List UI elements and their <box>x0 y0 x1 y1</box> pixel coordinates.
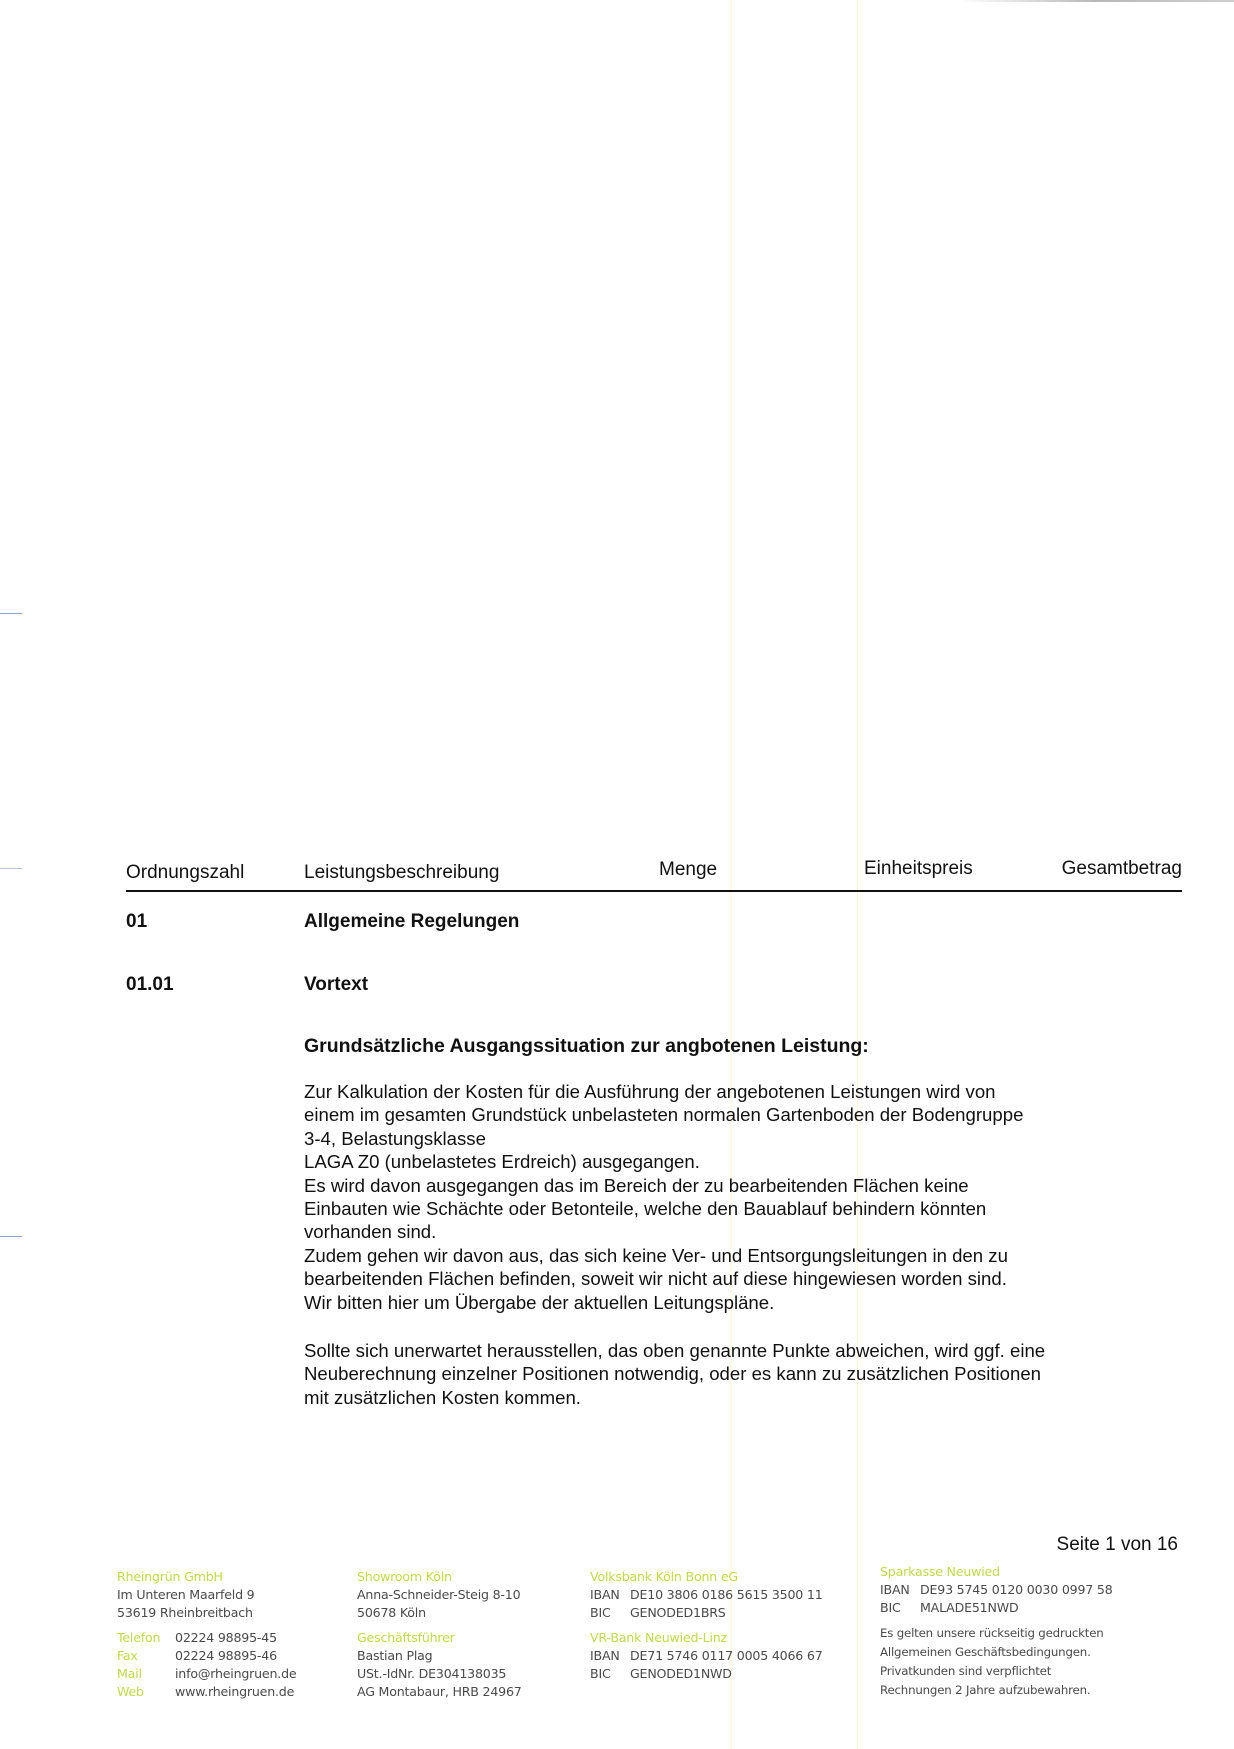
contact-value: 02224 98895-45 <box>175 1629 277 1647</box>
terms-line: Privatkunden sind verpflichtet <box>880 1662 1113 1681</box>
column-header-menge: Menge <box>659 859 717 881</box>
iban-label: IBAN <box>590 1586 630 1604</box>
bank-name: Volksbank Köln Bonn eG <box>590 1568 823 1586</box>
text-line: Neuberechnung einzelner Positionen notwe… <box>304 1362 1164 1385</box>
bank-name: Sparkasse Neuwied <box>880 1563 1113 1581</box>
position-number: 01.01 <box>126 974 174 996</box>
column-header-einheitspreis: Einheitspreis <box>864 858 973 880</box>
bic-label: BIC <box>880 1599 920 1617</box>
management-name: Bastian Plag <box>357 1647 522 1665</box>
bic-value: GENODED1BRS <box>630 1604 726 1622</box>
contact-label: Mail <box>117 1665 175 1683</box>
showroom-city: 50678 Köln <box>357 1604 522 1622</box>
text-line: einem im gesamten Grundstück unbelastete… <box>304 1103 1164 1126</box>
iban-value: DE71 5746 0117 0005 4066 67 <box>630 1647 823 1665</box>
punch-mark <box>0 1236 22 1237</box>
footer-company: Rheingrün GmbH Im Unteren Maarfeld 9 536… <box>117 1568 296 1708</box>
bank-iban: IBAN DE93 5745 0120 0030 0997 58 <box>880 1581 1113 1599</box>
bank-bic: BIC GENODED1BRS <box>590 1604 823 1622</box>
company-street: Im Unteren Maarfeld 9 <box>117 1586 296 1604</box>
terms-notice: Es gelten unsere rückseitig gedruckten A… <box>880 1624 1113 1700</box>
table-header: Ordnungszahl Leistungsbeschreibung Menge… <box>126 856 1182 892</box>
bank-bic: BIC MALADE51NWD <box>880 1599 1113 1617</box>
contact-phone: Telefon 02224 98895-45 <box>117 1629 296 1647</box>
text-line: Zur Kalkulation der Kosten für die Ausfü… <box>304 1080 1164 1103</box>
column-header-leistungsbeschreibung: Leistungsbeschreibung <box>304 862 499 884</box>
text-line: LAGA Z0 (unbelastetes Erdreich) ausgegan… <box>304 1150 1164 1173</box>
iban-label: IBAN <box>880 1581 920 1599</box>
terms-line: Es gelten unsere rückseitig gedruckten <box>880 1624 1113 1643</box>
contact-value: info@rheingruen.de <box>175 1665 296 1683</box>
text-line: bearbeitenden Flächen befinden, soweit w… <box>304 1267 1164 1290</box>
contact-label: Web <box>117 1683 175 1701</box>
vat-id: USt.-IdNr. DE304138035 <box>357 1665 522 1683</box>
contact-value: www.rheingruen.de <box>175 1683 294 1701</box>
text-line: 3-4, Belastungsklasse <box>304 1127 1164 1150</box>
bic-label: BIC <box>590 1665 630 1683</box>
bank-bic: BIC GENODED1NWD <box>590 1665 823 1683</box>
column-header-gesamtbetrag: Gesamtbetrag <box>1062 858 1182 880</box>
terms-line: Rechnungen 2 Jahre aufzubewahren. <box>880 1681 1113 1700</box>
paragraph-assumptions: Zur Kalkulation der Kosten für die Ausfü… <box>304 1080 1164 1314</box>
text-line: Es wird davon ausgegangen das im Bereich… <box>304 1174 1164 1197</box>
page-number: Seite 1 von 16 <box>1057 1534 1178 1556</box>
management-title: Geschäftsführer <box>357 1629 522 1647</box>
iban-value: DE93 5745 0120 0030 0997 58 <box>920 1581 1113 1599</box>
bank-iban: IBAN DE10 3806 0186 5615 3500 11 <box>590 1586 823 1604</box>
contact-mail: Mail info@rheingruen.de <box>117 1665 296 1683</box>
position-title: Vortext <box>304 974 368 996</box>
column-header-ordnungszahl: Ordnungszahl <box>126 862 244 884</box>
text-line: Zudem gehen wir davon aus, das sich kein… <box>304 1244 1164 1267</box>
fold-mark <box>0 868 22 869</box>
company-name: Rheingrün GmbH <box>117 1568 296 1586</box>
position-title: Allgemeine Regelungen <box>304 911 519 933</box>
paragraph-deviation: Sollte sich unerwartet herausstellen, da… <box>304 1339 1164 1409</box>
bic-value: MALADE51NWD <box>920 1599 1018 1617</box>
terms-line: Allgemeinen Geschäftsbedingungen. <box>880 1643 1113 1662</box>
bank-name: VR-Bank Neuwied-Linz <box>590 1629 823 1647</box>
text-line: Wir bitten hier um Übergabe der aktuelle… <box>304 1291 1164 1314</box>
company-city: 53619 Rheinbreitbach <box>117 1604 296 1622</box>
text-line: vorhanden sind. <box>304 1220 1164 1243</box>
section-heading: Grundsätzliche Ausgangssituation zur ang… <box>304 1035 869 1058</box>
text-line: Sollte sich unerwartet herausstellen, da… <box>304 1339 1164 1362</box>
footer-banks: Volksbank Köln Bonn eG IBAN DE10 3806 01… <box>590 1568 823 1690</box>
bic-value: GENODED1NWD <box>630 1665 732 1683</box>
showroom-street: Anna-Schneider-Steig 8-10 <box>357 1586 522 1604</box>
contact-label: Telefon <box>117 1629 175 1647</box>
footer-bank-terms: Sparkasse Neuwied IBAN DE93 5745 0120 00… <box>880 1563 1113 1707</box>
contact-label: Fax <box>117 1647 175 1665</box>
scan-edge <box>960 0 1234 2</box>
footer-showroom-management: Showroom Köln Anna-Schneider-Steig 8-10 … <box>357 1568 522 1708</box>
contact-value: 02224 98895-46 <box>175 1647 277 1665</box>
showroom-title: Showroom Köln <box>357 1568 522 1586</box>
contact-web: Web www.rheingruen.de <box>117 1683 296 1701</box>
bank-iban: IBAN DE71 5746 0117 0005 4066 67 <box>590 1647 823 1665</box>
fold-mark <box>0 613 22 614</box>
iban-label: IBAN <box>590 1647 630 1665</box>
position-number: 01 <box>126 911 147 933</box>
commercial-register: AG Montabaur, HRB 24967 <box>357 1683 522 1701</box>
bic-label: BIC <box>590 1604 630 1622</box>
contact-fax: Fax 02224 98895-46 <box>117 1647 296 1665</box>
text-line: mit zusätzlichen Kosten kommen. <box>304 1386 1164 1409</box>
iban-value: DE10 3806 0186 5615 3500 11 <box>630 1586 823 1604</box>
text-line: Einbauten wie Schächte oder Betonteile, … <box>304 1197 1164 1220</box>
